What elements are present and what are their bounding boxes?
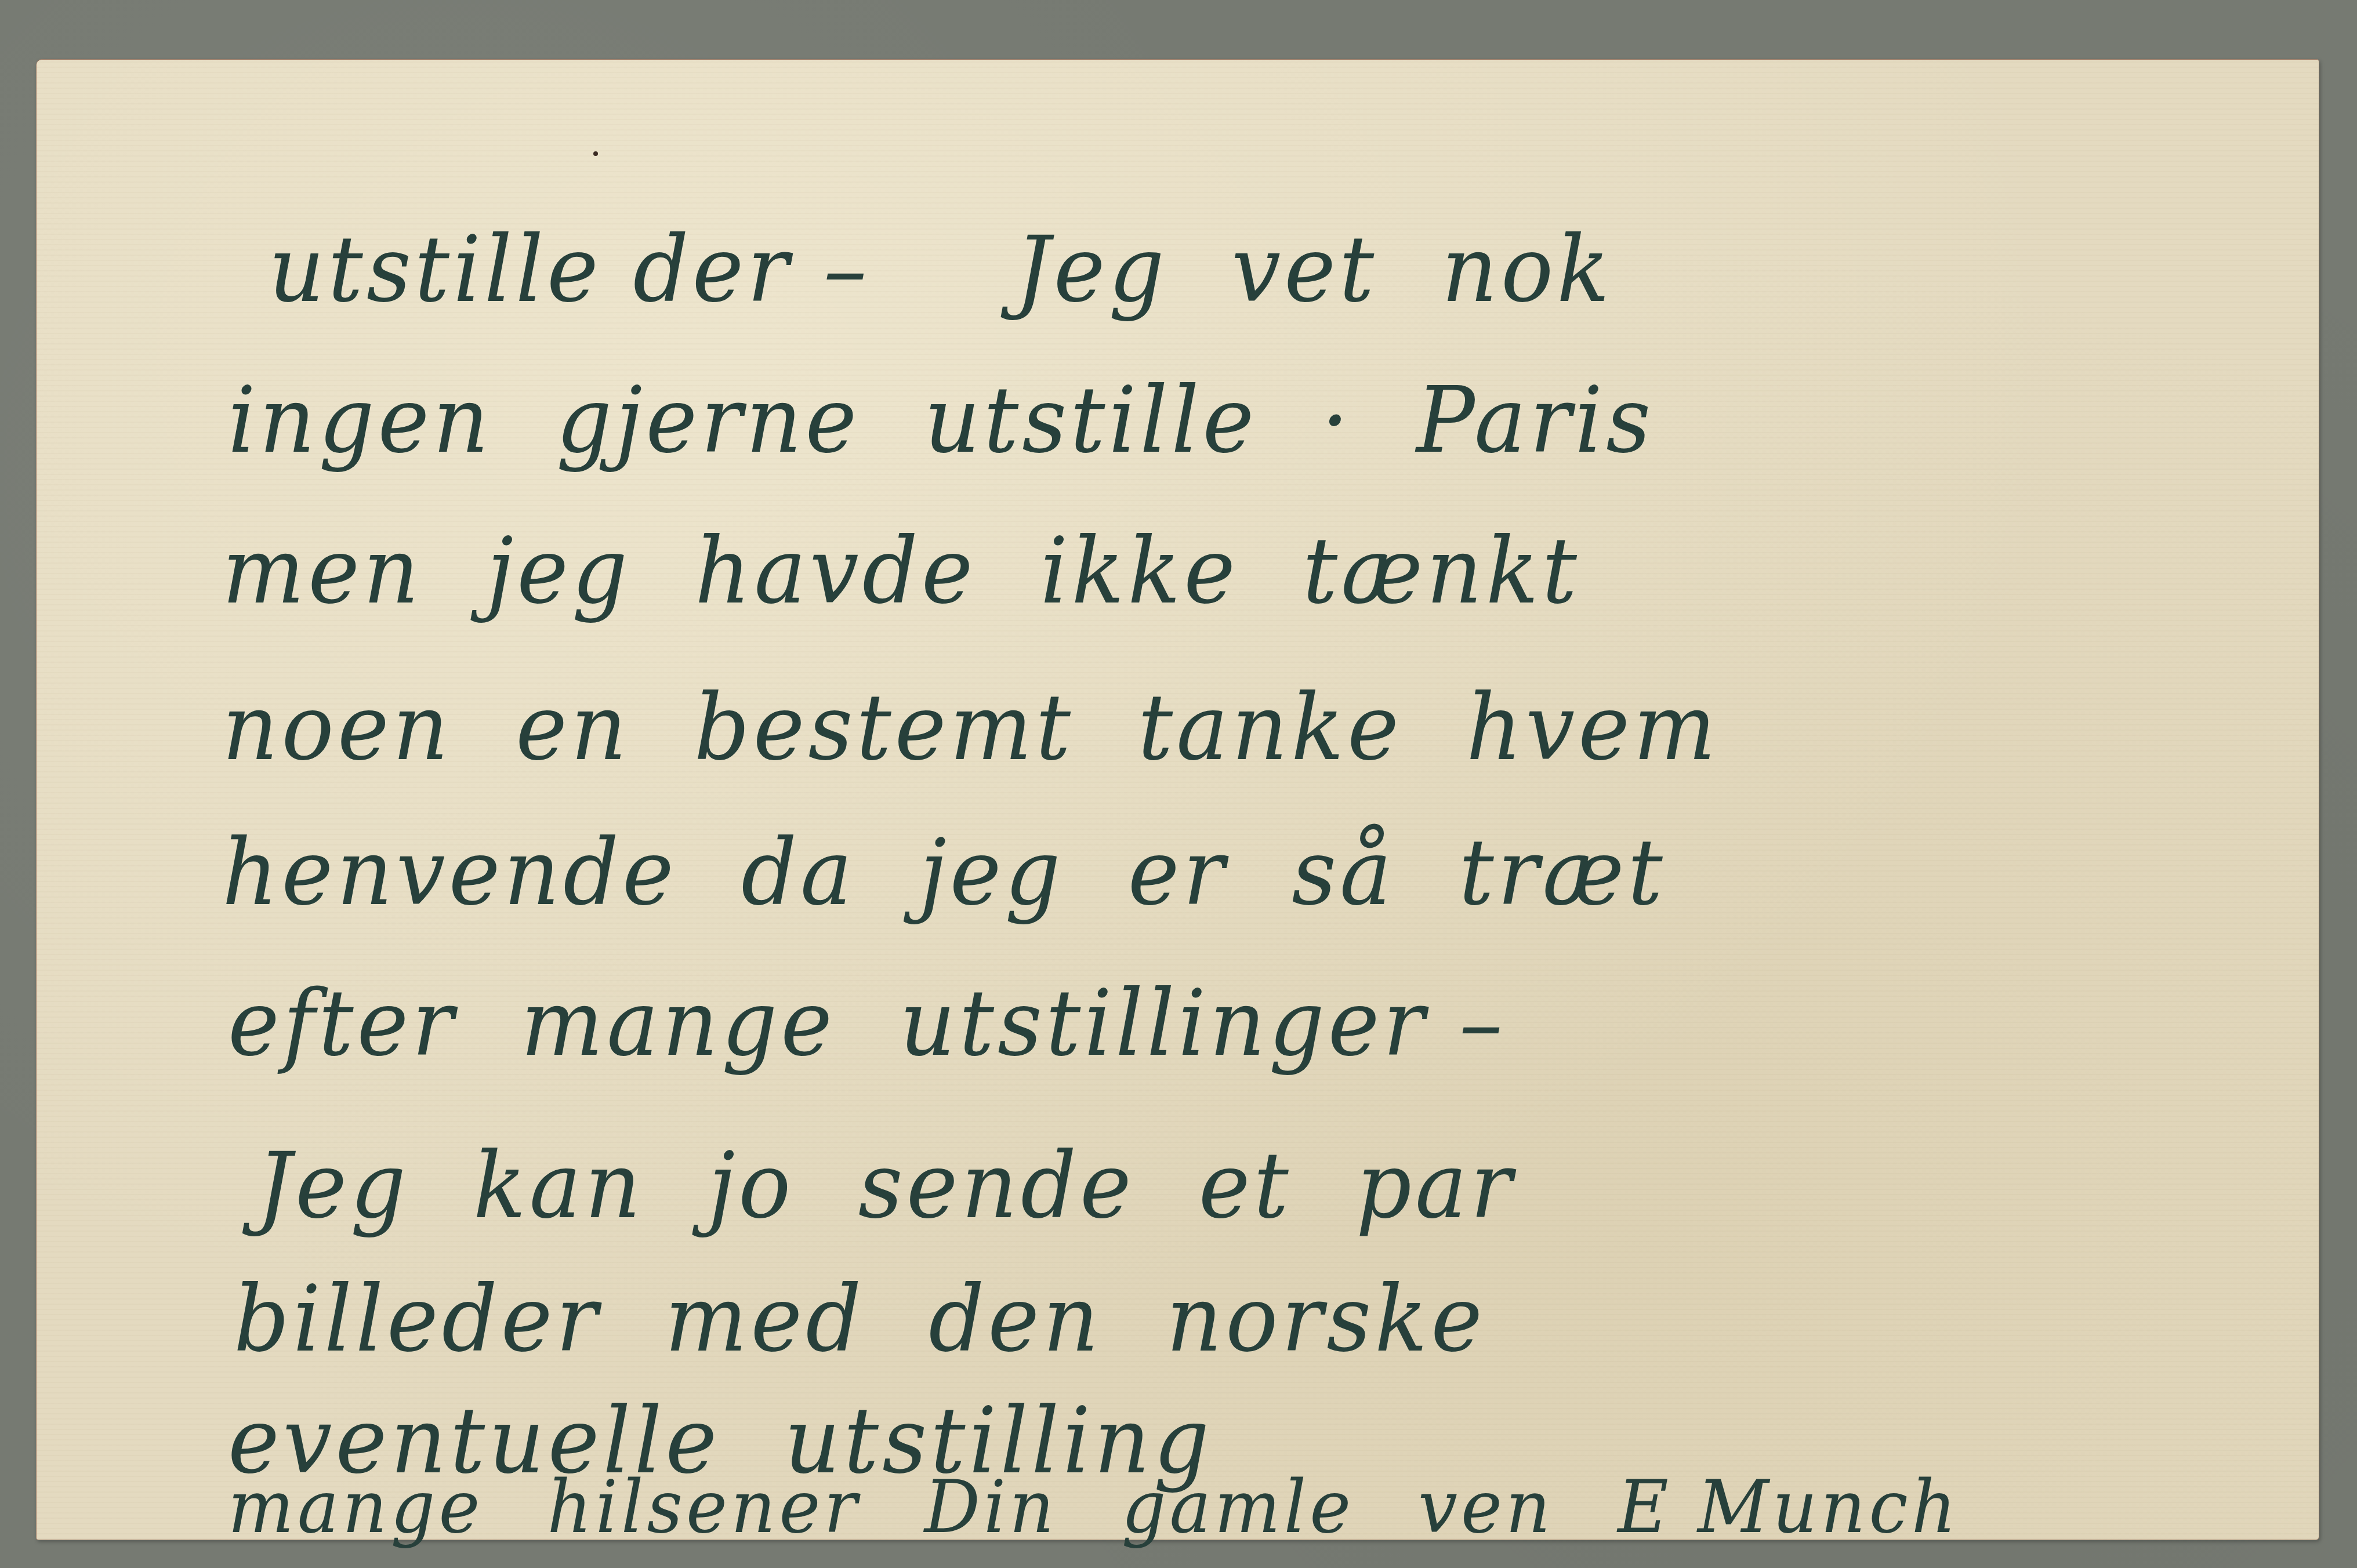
word: Paris	[1416, 368, 1654, 474]
word: utstille der –	[269, 217, 871, 323]
word: jeg	[487, 518, 631, 625]
word: mange	[228, 1465, 483, 1549]
word: norske	[1166, 1266, 1486, 1373]
word: gamle	[1122, 1465, 1355, 1549]
word: den	[929, 1266, 1102, 1373]
word: så	[1292, 820, 1395, 926]
word: jo	[708, 1133, 795, 1239]
word: par	[1356, 1133, 1515, 1239]
word: ·	[1321, 368, 1352, 474]
word: tænkt	[1303, 518, 1580, 625]
word: Din	[924, 1465, 1058, 1549]
handwriting-line-1: utstille der –Jegvetnok	[269, 217, 1677, 323]
word: gjerne	[556, 368, 860, 474]
signature: E Munch	[1618, 1465, 1960, 1549]
word: ven	[1418, 1465, 1554, 1549]
word: hilsener	[547, 1465, 860, 1549]
word: utstille	[924, 368, 1257, 474]
word: men	[222, 518, 423, 625]
word: er	[1128, 820, 1228, 926]
handwriting-line-10-closing: mangehilsenerDingamlevenE Munch	[228, 1465, 2024, 1549]
word: havde	[695, 518, 977, 625]
word: ikke	[1040, 518, 1239, 625]
handwriting-line-2: ingengjerneutstille·Paris	[228, 368, 1718, 474]
word: kan	[473, 1133, 644, 1239]
ink-speck	[593, 151, 598, 156]
word: noen	[222, 675, 452, 781]
word: nok	[1441, 217, 1613, 323]
word: et	[1199, 1133, 1292, 1239]
handwriting-line-6: eftermangeutstillinger –	[228, 971, 1570, 1077]
handwriting-line-4: noenenbestemttankehvem	[222, 675, 1783, 781]
word: tanke	[1138, 675, 1402, 781]
word: da	[741, 820, 855, 926]
word: jeg	[919, 820, 1064, 926]
word: Jeg	[257, 1133, 409, 1239]
word: efter	[228, 971, 457, 1077]
word: billeder	[234, 1266, 601, 1373]
handwriting-line-8: billedermeddennorske	[234, 1266, 1550, 1373]
handwriting-line-3: menjeghavdeikketænkt	[222, 518, 1644, 625]
word: bestemt	[694, 675, 1074, 781]
word: en	[516, 675, 630, 781]
word: vet	[1232, 217, 1378, 323]
word: med	[665, 1266, 865, 1373]
handwriting-line-5: henvendedajegersåtræt	[222, 820, 1730, 926]
word: træt	[1459, 820, 1666, 926]
handwriting-line-7: Jegkanjosendeetpar	[257, 1133, 1579, 1239]
letter-card: utstille der –Jegvetnok ingengjerneutsti…	[36, 59, 2319, 1540]
word: mange	[521, 971, 836, 1077]
word: utstillinger –	[900, 971, 1506, 1077]
word: sende	[858, 1133, 1135, 1239]
word: ingen	[228, 368, 492, 474]
word: Jeg	[1016, 217, 1168, 323]
word: hvem	[1466, 675, 1719, 781]
word: henvende	[222, 820, 677, 926]
